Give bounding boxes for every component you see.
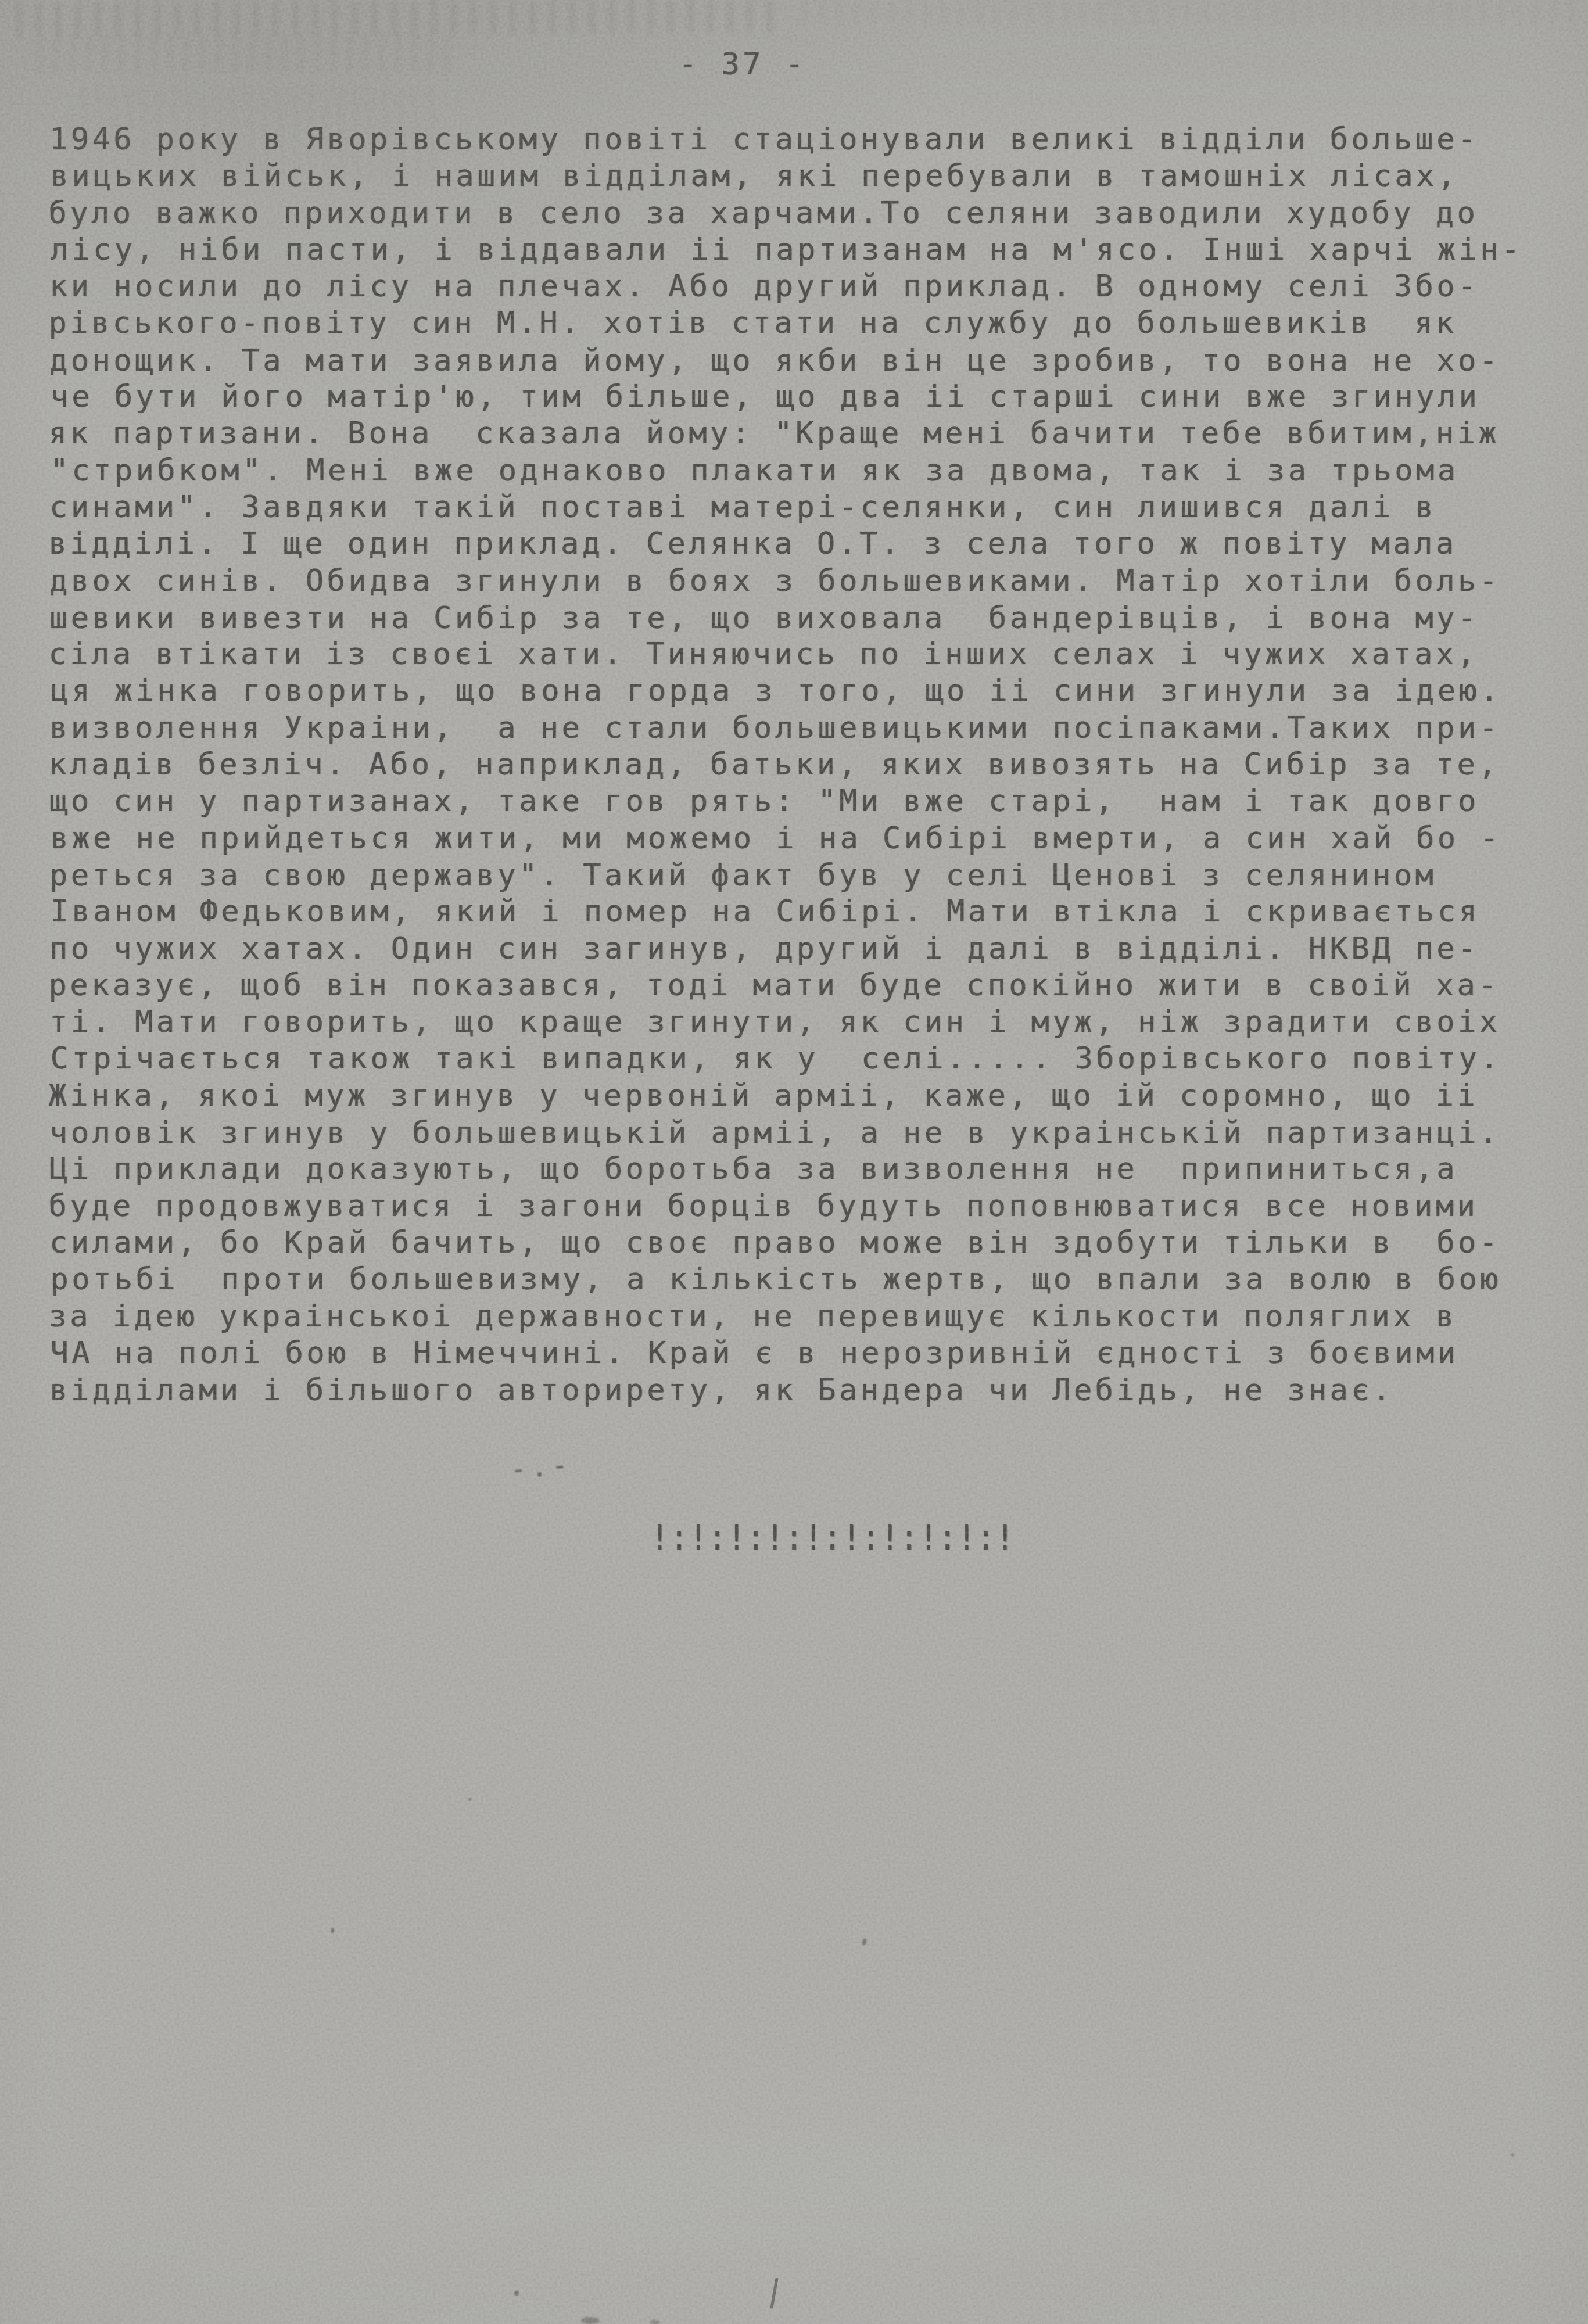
text-line: відділі. І ще один приклад. Селянка О.Т.… — [49, 526, 1565, 562]
text-line: синами". Завдяки такій поставі матері-се… — [49, 489, 1566, 526]
text-line: сіла втікати із своєі хати. Тиняючись по… — [49, 636, 1565, 673]
ink-speck — [1511, 2153, 1514, 2157]
ink-speck — [468, 1798, 471, 1801]
text-line: чоловік згинув у большевицькій арміі, а … — [49, 1115, 1566, 1152]
text-line: відділами і більшого авторирету, як Банд… — [49, 1372, 1566, 1409]
page-number: - 37 - — [679, 47, 806, 82]
text-line: ЧА на полі бою в Німеччині. Край є в нер… — [51, 1335, 1567, 1372]
text-line: силами, бо Край бачить, що своє право мо… — [49, 1225, 1566, 1261]
scanned-page: - 37 - 1946 року в Яворівському повіті с… — [0, 0, 1588, 2324]
ink-speck — [514, 2291, 519, 2296]
text-line: че бути його матір'ю, тим більше, що два… — [51, 379, 1567, 415]
ink-speck — [861, 1938, 868, 1946]
text-line: вицьких військ, і нашим відділам, які пе… — [51, 158, 1567, 195]
text-line: кладів безліч. Або, наприклад, батьки, я… — [49, 747, 1565, 783]
text-line: донощик. Та мати заявила йому, що якби в… — [49, 343, 1566, 379]
text-line: 1946 року в Яворівському повіті стаціону… — [49, 121, 1566, 158]
text-line: як партизани. Вона сказала йому: "Краще … — [49, 415, 1565, 452]
text-line: ротьбі проти большевизму, а кількість же… — [51, 1261, 1567, 1298]
text-line: ця жінка говорить, що вона горда з того,… — [51, 673, 1567, 709]
section-divider-mark: -.- — [509, 1448, 573, 1485]
text-line: Стрічається також такі випадки, як у сел… — [51, 1041, 1567, 1077]
text-line: за ідею украінськоі державности, не пере… — [49, 1299, 1565, 1335]
text-line: реказує, щоб він показався, тоді мати бу… — [49, 967, 1565, 1004]
text-line: рівського-повіту син М.Н. хотів стати на… — [49, 305, 1565, 342]
ink-speck — [581, 2317, 600, 2324]
ink-speck — [650, 2320, 660, 2324]
text-line: реться за свою державу". Такий факт був … — [49, 858, 1566, 894]
text-line: було важко приходити в село за харчами.Т… — [49, 195, 1565, 232]
ink-speck — [770, 2278, 778, 2309]
text-line: Жінка, якоі муж згинув у червоній арміі,… — [49, 1078, 1565, 1114]
text-line: шевики вивезти на Сибір за те, що вихова… — [49, 600, 1566, 637]
text-line: Іваном Федьковим, який і помер на Сибірі… — [51, 894, 1567, 930]
text-line: ті. Мати говорить, що краще згинути, як … — [49, 1004, 1566, 1041]
text-line: ки носили до лісу на плечах. Або другий … — [49, 268, 1566, 305]
text-line: Ці приклади доказують, що боротьба за ви… — [49, 1151, 1566, 1188]
text-line: визволення Украіни, а не стали большевиц… — [49, 710, 1566, 747]
text-line: що син у партизанах, таке гов рять: "Ми … — [49, 783, 1566, 820]
text-line: лісу, ніби пасти, і віддавали іі партиза… — [51, 232, 1567, 268]
bleed-through-smudge — [802, 0, 1580, 24]
bleed-through-smudge — [38, 34, 457, 72]
ink-speck — [331, 1928, 334, 1933]
text-line: "стрибком". Мені вже однаково плакати як… — [51, 453, 1567, 489]
text-line: по чужих хатах. Один син загинув, другий… — [49, 931, 1566, 967]
text-line: буде продовжуватися і загони борців буду… — [49, 1188, 1565, 1225]
document-body: 1946 року в Яворівському повіті стаціону… — [49, 121, 1566, 1408]
text-line: двох синів. Обидва згинули в боях з боль… — [49, 563, 1566, 600]
exclamation-row: !:!:!:!:!:!:!:!:!:! — [651, 1518, 1015, 1559]
bleed-through-smudge — [16, 0, 783, 37]
text-line: вже не прийдеться жити, ми можемо і на С… — [51, 820, 1567, 857]
